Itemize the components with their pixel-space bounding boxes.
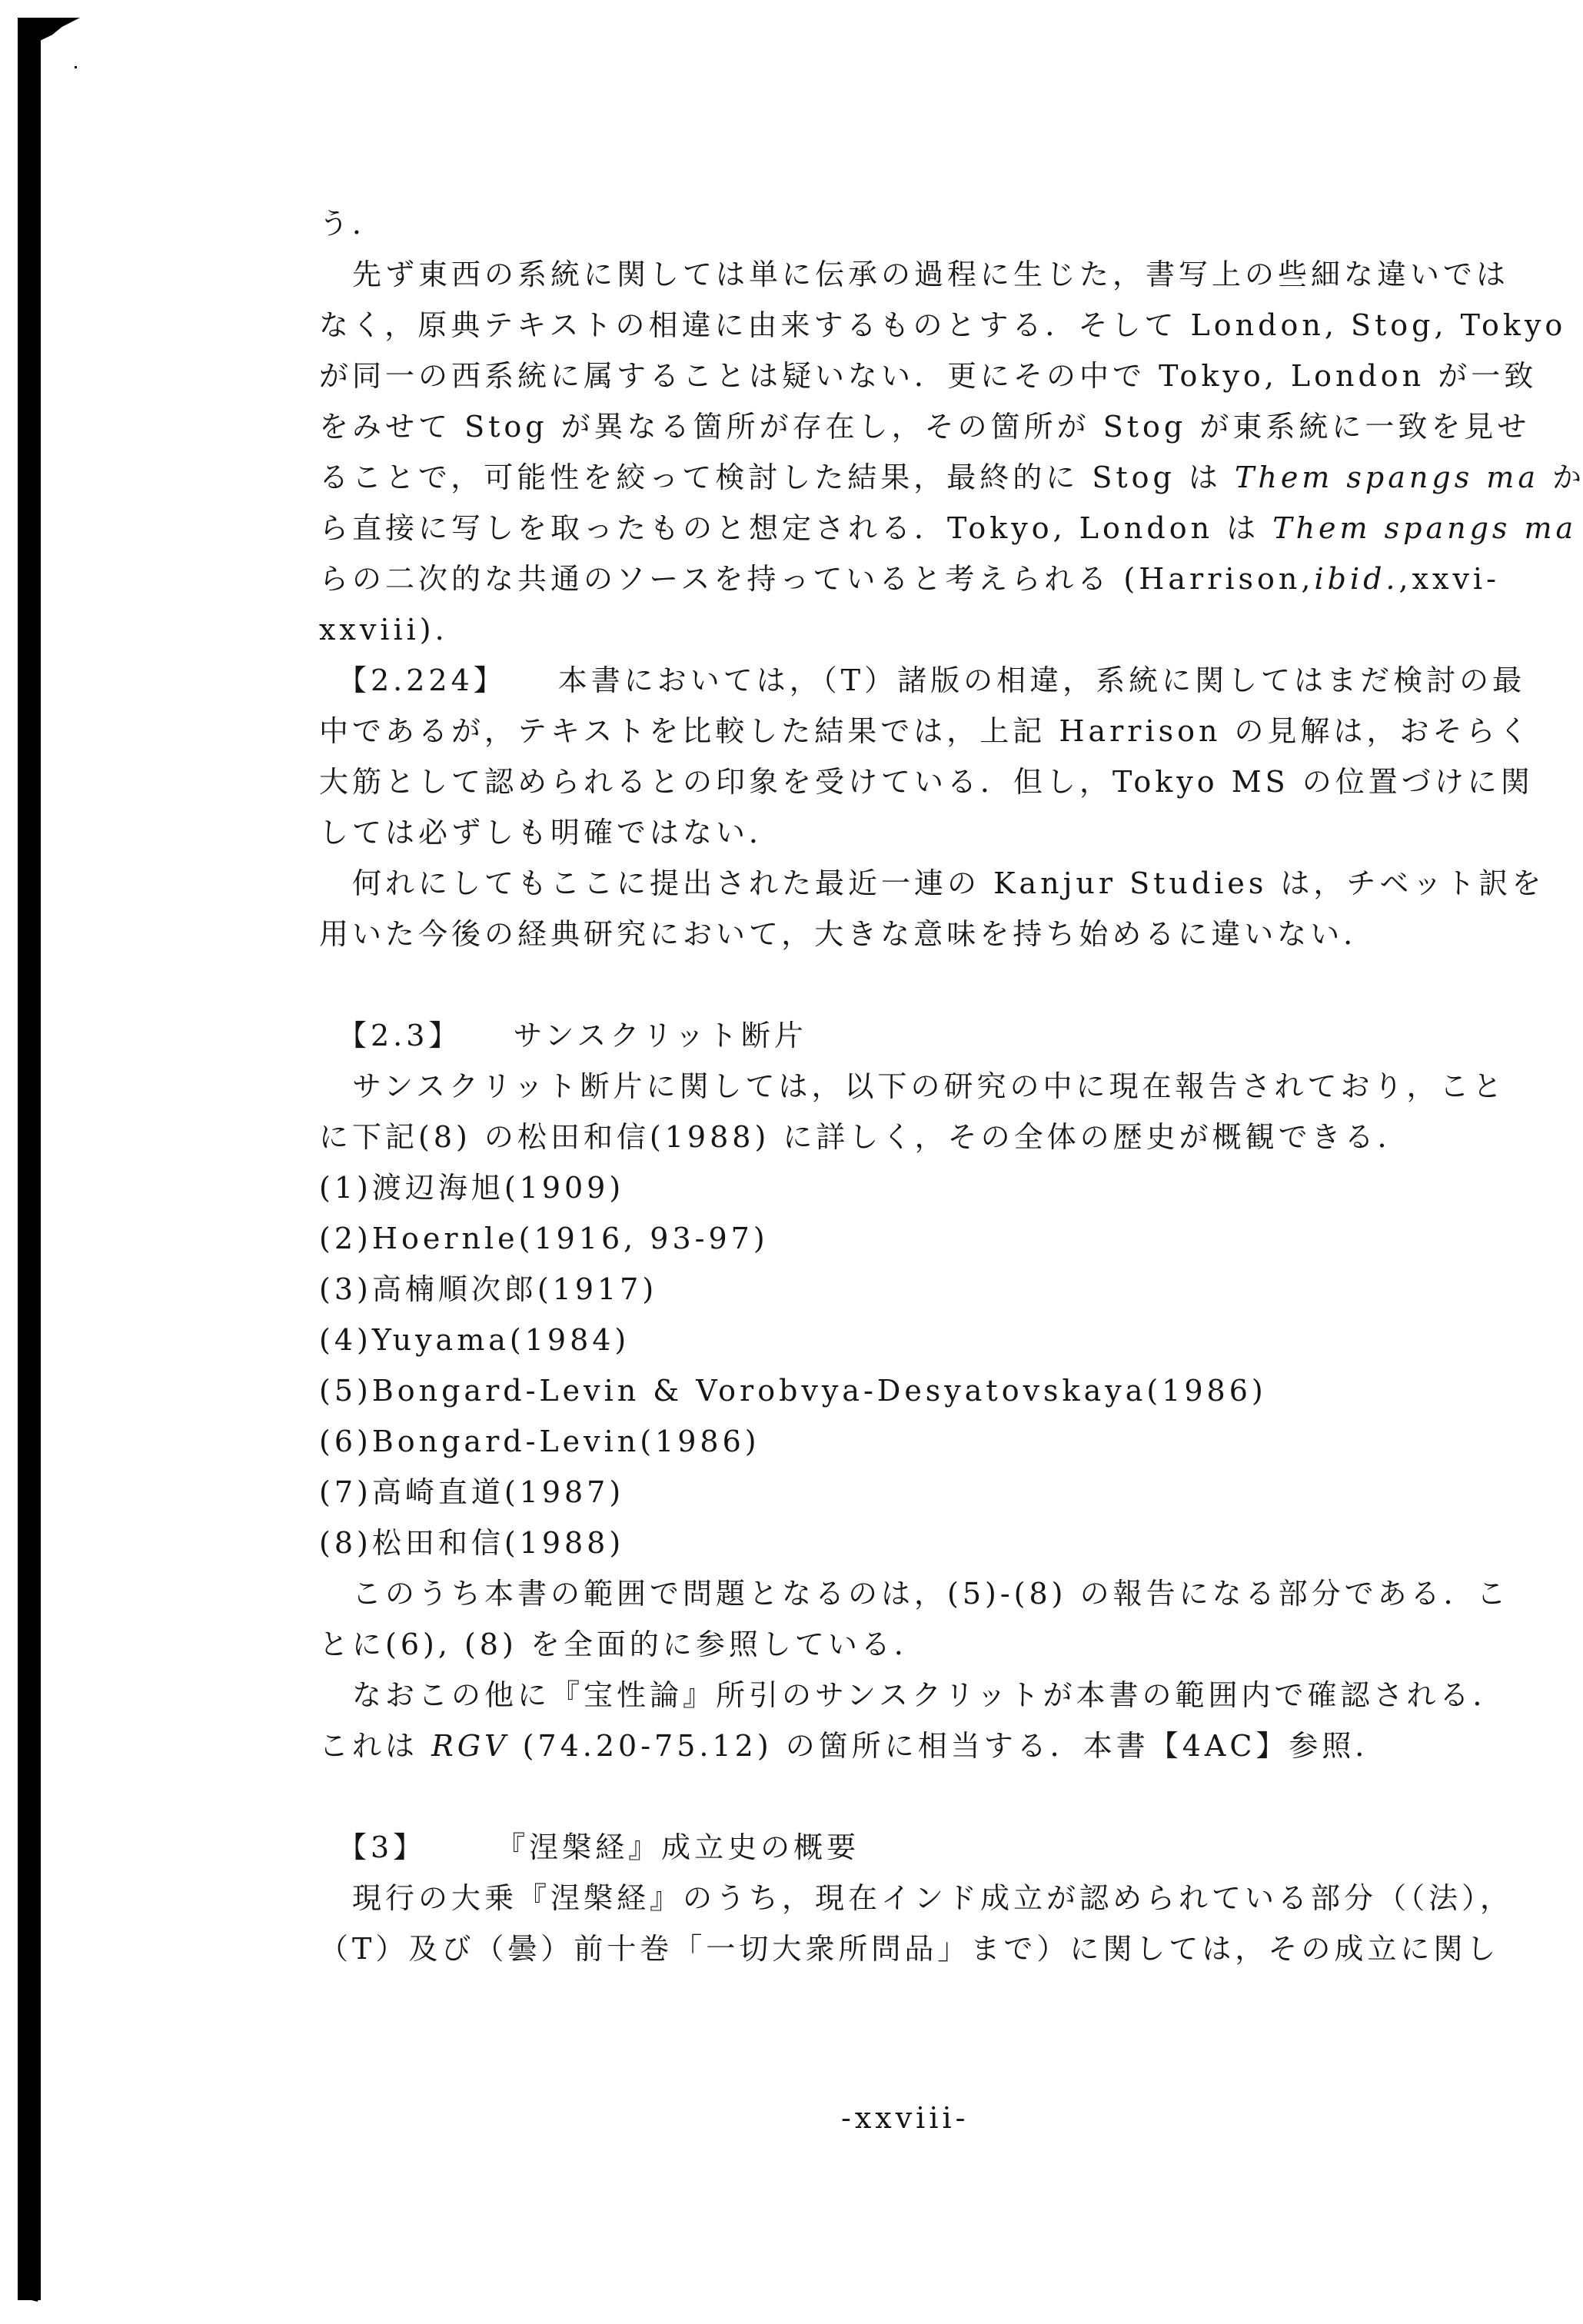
text-run: か [1539, 460, 1583, 494]
text-line: 先ず東西の系統に関しては単に伝承の過程に生じた，書写上の些細な違いでは [319, 249, 1534, 300]
text-run: このうち本書の範囲で問題となるのは，(5)-(8) の報告になる部分である．こ [319, 1577, 1510, 1611]
text-line: サンスクリット断片に関しては，以下の研究の中に現在報告されており，こと [319, 1061, 1534, 1112]
text-line: とに(6), (8) を全面的に参照している． [319, 1619, 1534, 1670]
text-line: (1)渡辺海旭(1909) [319, 1162, 1534, 1213]
text-line: (2)Hoernle(1916, 93-97) [319, 1213, 1534, 1264]
text-run: (1)渡辺海旭(1909) [319, 1171, 624, 1205]
text-line: 大筋として認められるとの印象を受けている．但し，Tokyo MS の位置づけに関 [319, 756, 1534, 807]
text-line: なおこの他に『宝性論』所引のサンスクリットが本書の範囲内で確認される． [319, 1670, 1534, 1721]
text-run: に下記(8) の松田和信(1988) に詳しく，その全体の歴史が概観できる． [319, 1120, 1411, 1154]
text-run: なく，原典テキストの相違に由来するものとする．そして London, Stog,… [319, 308, 1566, 342]
text-run: xxviii). [319, 613, 448, 647]
text-line: これは RGV (74.20-75.12) の箇所に相当する．本書【4AC】参照… [319, 1721, 1534, 1771]
text-line: (8)松田和信(1988) [319, 1518, 1534, 1568]
text-run: 【3】 『涅槃経』成立史の概要 [319, 1830, 860, 1864]
text-run: これは [319, 1729, 431, 1763]
text-run: とに(6), (8) を全面的に参照している． [319, 1627, 927, 1661]
text-line: 【2.224】 本書においては，（T）諸版の相違，系統に関してはまだ検討の最 [319, 655, 1534, 706]
scan-artifact-cap [40, 18, 80, 41]
text-run: ,xxvi- [1399, 562, 1500, 596]
text-run: なおこの他に『宝性論』所引のサンスクリットが本書の範囲内で確認される． [319, 1678, 1505, 1712]
text-run: (5)Bongard-Levin & Vorobvya-Desyatovskay… [319, 1374, 1267, 1408]
scan-artifact-bar [18, 18, 41, 2300]
text-line: xxviii). [319, 604, 1534, 655]
text-run: (4)Yuyama(1984) [319, 1323, 630, 1357]
text-run: 【2.3】 サンスクリット断片 [319, 1019, 807, 1052]
text-line: をみせて Stog が異なる箇所が存在し，その箇所が Stog が東系統に一致を… [319, 401, 1534, 452]
text-line: (5)Bongard-Levin & Vorobvya-Desyatovskay… [319, 1365, 1534, 1416]
text-run: が同一の西系統に属することは疑いない．更にその中で Tokyo, London … [319, 359, 1537, 393]
text-run: らの二次的な共通のソースを持っていると考えられる (Harrison, [319, 562, 1314, 596]
text-line: (3)高楠順次郎(1917) [319, 1264, 1534, 1315]
text-run: (7)高崎直道(1987) [319, 1475, 624, 1509]
text-line: （T）及び（曇）前十巻「一切大衆所問品」まで）に関しては，その成立に関し [319, 1923, 1534, 1974]
text-line: らの二次的な共通のソースを持っていると考えられる (Harrison,ibid.… [319, 554, 1534, 604]
document-page: う． 先ず東西の系統に関しては単に伝承の過程に生じた，書写上の些細な違いではなく… [0, 0, 1583, 2324]
text-run: 何れにしてもここに提出された最近一連の Kanjur Studies は，チベッ… [319, 866, 1545, 900]
text-line: (6)Bongard-Levin(1986) [319, 1416, 1534, 1467]
text-run: しては必ずしも明確ではない． [319, 816, 782, 849]
text-line: 【2.3】 サンスクリット断片 [319, 1010, 1534, 1061]
blank-line [319, 959, 1534, 1010]
text-run: ることで，可能性を絞って検討した結果，最終的に Stog は [319, 460, 1235, 494]
text-line: う． [319, 198, 1534, 249]
text-run: ら直接に写しを取ったものと想定される．Tokyo, London は [319, 511, 1272, 545]
blank-line [319, 1771, 1534, 1822]
text-line: ることで，可能性を絞って検討した結果，最終的に Stog は Them span… [319, 452, 1534, 503]
text-run: 中であるが，テキストを比較した結果では，上記 Harrison の見解は，おそら… [319, 714, 1532, 748]
text-run: をみせて Stog が異なる箇所が存在し，その箇所が Stog が東系統に一致を… [319, 410, 1530, 444]
text-line: ら直接に写しを取ったものと想定される．Tokyo, London は Them … [319, 503, 1534, 554]
text-run: (6)Bongard-Levin(1986) [319, 1425, 760, 1458]
text-line: 現行の大乗『涅槃経』のうち，現在インド成立が認められている部分（（法）， [319, 1873, 1534, 1923]
italic-text-run: ibid. [1314, 562, 1398, 596]
text-line: 中であるが，テキストを比較した結果では，上記 Harrison の見解は，おそら… [319, 706, 1534, 756]
text-run: う． [319, 207, 385, 241]
text-line: が同一の西系統に属することは疑いない．更にその中で Tokyo, London … [319, 351, 1534, 401]
text-line: に下記(8) の松田和信(1988) に詳しく，その全体の歴史が概観できる． [319, 1112, 1534, 1162]
text-run: (3)高楠順次郎(1917) [319, 1272, 657, 1306]
text-block: う． 先ず東西の系統に関しては単に伝承の過程に生じた，書写上の些細な違いではなく… [319, 198, 1534, 1974]
text-line: (7)高崎直道(1987) [319, 1467, 1534, 1518]
text-line: (4)Yuyama(1984) [319, 1315, 1534, 1365]
text-line: 用いた今後の経典研究において，大きな意味を持ち始めるに違いない． [319, 909, 1534, 959]
text-line: 何れにしてもここに提出された最近一連の Kanjur Studies は，チベッ… [319, 858, 1534, 909]
scan-artifact-dot [75, 66, 77, 68]
text-run: 現行の大乗『涅槃経』のうち，現在インド成立が認められている部分（（法）， [319, 1881, 1513, 1915]
text-line: なく，原典テキストの相違に由来するものとする．そして London, Stog,… [319, 300, 1534, 351]
italic-text-run: Them spangs ma [1235, 460, 1539, 494]
text-run: （T）及び（曇）前十巻「一切大衆所問品」まで）に関しては，その成立に関し [319, 1932, 1499, 1966]
text-run: サンスクリット断片に関しては，以下の研究の中に現在報告されており，こと [319, 1069, 1505, 1103]
text-line: しては必ずしも明確ではない． [319, 807, 1534, 858]
text-run: 用いた今後の経典研究において，大きな意味を持ち始めるに違いない． [319, 917, 1376, 951]
italic-text-run: RGV [431, 1729, 509, 1763]
text-line: 【3】 『涅槃経』成立史の概要 [319, 1822, 1534, 1873]
text-run: (8)松田和信(1988) [319, 1526, 624, 1560]
italic-text-run: Them spangs ma [1272, 511, 1577, 545]
text-line: このうち本書の範囲で問題となるのは，(5)-(8) の報告になる部分である．こ [319, 1568, 1534, 1619]
text-run: か [1577, 511, 1583, 545]
text-run: 【2.224】 本書においては，（T）諸版の相違，系統に関してはまだ検討の最 [319, 663, 1525, 697]
text-run: (2)Hoernle(1916, 93-97) [319, 1222, 769, 1255]
page-number: -xxviii- [841, 2093, 969, 2143]
text-run: 大筋として認められるとの印象を受けている．但し，Tokyo MS の位置づけに関 [319, 765, 1534, 799]
text-run: (74.20-75.12) の箇所に相当する．本書【4AC】参照． [510, 1729, 1388, 1763]
text-run: 先ず東西の系統に関しては単に伝承の過程に生じた，書写上の些細な違いでは [319, 258, 1509, 291]
